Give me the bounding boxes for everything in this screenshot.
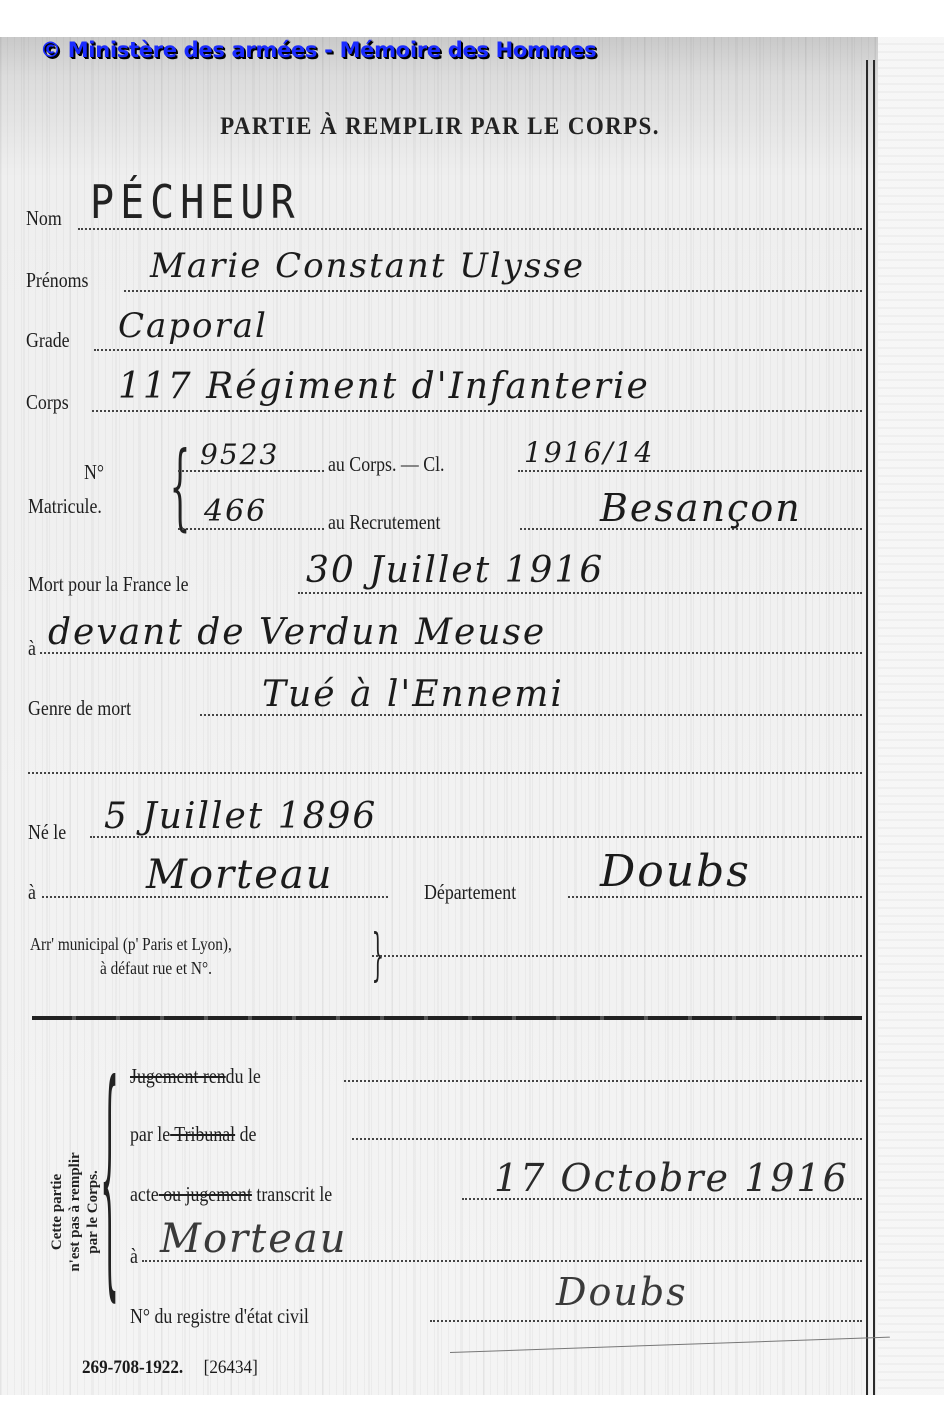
dotted-line (430, 1320, 862, 1322)
ne-lieu-label: à (28, 880, 36, 905)
section-divider (32, 1016, 862, 1020)
page-edge (878, 37, 944, 1395)
margin-rule (866, 60, 868, 1395)
prenoms-value: Marie Constant Ulysse (150, 246, 585, 286)
print-ref: [26434] (204, 1357, 258, 1378)
grade-label: Grade (26, 328, 70, 353)
grade-value: Caporal (118, 306, 268, 346)
copyright-watermark: © Ministère des armées - Mémoire des Hom… (40, 38, 596, 62)
arrondissement-label-2: à défaut rue et N°. (100, 958, 212, 979)
brace: { (100, 1052, 119, 1302)
blank-dotted-line (28, 772, 862, 774)
matricule-corps-value: 9523 (200, 438, 279, 471)
margin-rule (873, 60, 875, 1395)
acte-label-pre: acte (130, 1182, 159, 1206)
registre-label: N° du registre d'état civil (130, 1304, 309, 1329)
genre-mort-value: Tué à l'Ennemi (262, 674, 564, 715)
ne-le-label: Né le (28, 820, 66, 845)
dotted-line (94, 349, 862, 351)
ne-le-value: 5 Juillet 1896 (104, 796, 377, 837)
matricule-recrutement-value: 466 (204, 494, 267, 529)
acte-label-struck: ou jugement (159, 1182, 252, 1206)
corps-label: Corps (26, 390, 69, 415)
dotted-line (518, 470, 862, 472)
dotted-line (124, 290, 862, 292)
jugement-label: du le (226, 1064, 261, 1088)
au-recrutement-label: au Recrutement (328, 510, 441, 535)
nom-label: Nom (26, 206, 62, 231)
registre-value: Doubs (556, 1270, 688, 1314)
au-corps-label: au Corps. — Cl. (328, 452, 445, 477)
side-note: Cette partie n'est pas à remplir par le … (30, 1105, 110, 1305)
print-footer: 269-708-1922. [26434] (82, 1357, 258, 1379)
tribunal-label: de (235, 1122, 256, 1146)
arrondissement-label-1: Arr' municipal (p' Paris et Lyon), (30, 934, 232, 955)
print-code: 269-708-1922. (82, 1357, 183, 1378)
genre-mort-label: Genre de mort (28, 696, 131, 721)
mort-date-label: Mort pour la France le (28, 572, 189, 597)
ne-lieu-value: Morteau (146, 852, 334, 898)
dotted-line (344, 1080, 862, 1082)
dotted-line (298, 592, 862, 594)
matricule-label: Matricule. (28, 494, 102, 519)
acte-label: transcrit le (252, 1182, 332, 1206)
tribunal-label-struck: Tribunal (170, 1122, 235, 1146)
acte-transcrit-value: 17 Octobre 1916 (494, 1156, 849, 1200)
nom-value: PÉCHEUR (90, 177, 301, 230)
transcription-lieu-value: Morteau (160, 1216, 348, 1262)
dotted-line (92, 410, 862, 412)
mort-lieu-value: devant de Verdun Meuse (48, 612, 546, 653)
matricule-no-label: N° (84, 460, 104, 485)
dotted-line (352, 1138, 862, 1140)
tribunal-label-pre: par le (130, 1122, 170, 1146)
jugement-label-struck: Jugement ren (130, 1064, 226, 1088)
recrutement-place-value: Besançon (600, 486, 802, 530)
classe-value: 1916/14 (524, 436, 654, 469)
form-title: PARTIE À REMPLIR PAR LE CORPS. (35, 113, 845, 141)
mort-lieu-label: à (28, 636, 36, 661)
corps-value: 117 Régiment d'Infanterie (118, 366, 650, 407)
departement-value: Doubs (600, 846, 751, 897)
brace: { (169, 440, 190, 534)
transcription-lieu-label: à (130, 1244, 138, 1269)
mort-date-value: 30 Juillet 1916 (306, 550, 604, 591)
departement-label: Département (424, 880, 516, 905)
dotted-line (372, 955, 862, 957)
prenoms-label: Prénoms (26, 268, 88, 293)
